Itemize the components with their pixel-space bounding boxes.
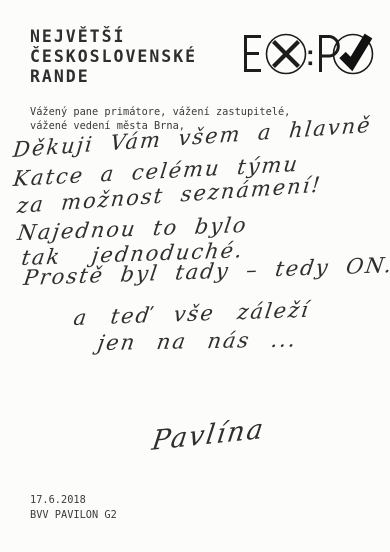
scanned-letter-page: NEJVĚTŠÍ ČESKOSLOVENSKÉ RANDE: [0, 0, 390, 552]
signature: Pavlína: [150, 414, 267, 457]
logo-colon: [309, 51, 313, 66]
title-line-3: RANDE: [30, 67, 197, 87]
handwritten-line: jen na nás ...: [96, 327, 299, 355]
footer-venue: BVV PAVILON G2: [30, 508, 117, 523]
expo-logo: [242, 28, 374, 80]
salutation-line-1: Vážený pane primátore, vážení zastupitel…: [30, 105, 290, 119]
footer-date: 17.6.2018: [30, 493, 117, 508]
logo-letter-p: [319, 35, 338, 72]
logo-letter-e: [244, 35, 261, 72]
check-circle-icon: [334, 35, 373, 74]
title-line-1: NEJVĚTŠÍ: [30, 27, 197, 47]
title-line-2: ČESKOSLOVENSKÉ: [30, 47, 197, 67]
handwritten-line: a teď vše záleží: [72, 298, 312, 330]
page-title: NEJVĚTŠÍ ČESKOSLOVENSKÉ RANDE: [30, 27, 197, 87]
footer: 17.6.2018 BVV PAVILON G2: [30, 493, 117, 522]
x-circle-icon: [267, 35, 306, 74]
checkmark-icon: [343, 36, 369, 64]
x-icon: [274, 42, 299, 67]
